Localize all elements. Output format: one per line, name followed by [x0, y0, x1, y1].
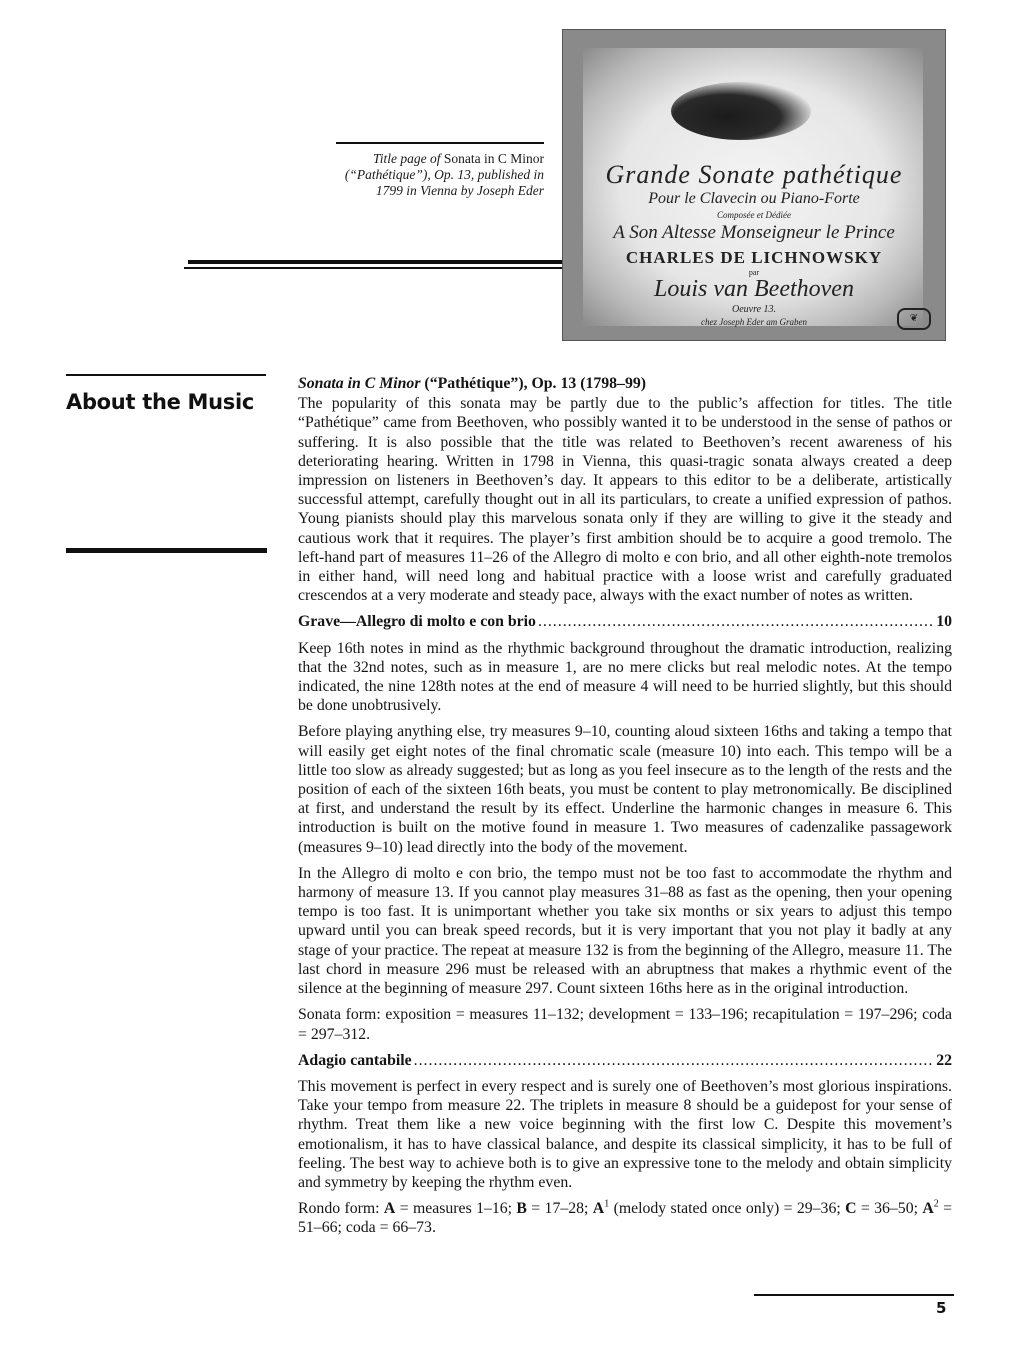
sidebar-rule-top	[66, 374, 266, 376]
section-heading: About the Music	[66, 390, 254, 414]
form-range: = 17–28;	[527, 1200, 593, 1217]
title-page-line: Oeuvre 13.	[563, 304, 945, 315]
form-symbol: A	[922, 1200, 933, 1217]
paragraph: Keep 16th notes in mind as the rhythmic …	[298, 639, 952, 716]
dot-leader	[414, 1051, 935, 1070]
movement-heading-1: Grave—Allegro di molto e con brio 10	[298, 612, 952, 631]
caption-rule	[336, 142, 544, 144]
form-symbol: A	[384, 1200, 395, 1217]
paragraph: This movement is perfect in every respec…	[298, 1077, 952, 1192]
rondo-form-summary: Rondo form: A = measures 1–16; B = 17–28…	[298, 1199, 952, 1237]
cherubs-illustration	[671, 82, 811, 140]
movement-title: Adagio cantabile	[298, 1051, 412, 1070]
intro-paragraph: The popularity of this sonata may be par…	[298, 394, 952, 605]
work-title: Sonata in C Minor (“Pathétique”), Op. 13…	[298, 374, 952, 393]
header-rule	[188, 260, 566, 264]
form-summary: Sonata form: exposition = measures 11–13…	[298, 1005, 952, 1043]
movement-page: 22	[936, 1051, 952, 1070]
sidebar-rule-bottom	[66, 548, 267, 553]
work-title-italic: Sonata in C Minor	[298, 375, 420, 392]
movement-title: Grave—Allegro di molto e con brio	[298, 612, 536, 631]
page-number: 5	[936, 1299, 946, 1317]
caption-title: Sonata in C Minor	[444, 151, 544, 166]
form-range: = 36–50;	[857, 1200, 923, 1217]
paragraph: In the Allegro di molto e con brio, the …	[298, 864, 952, 998]
main-content: Sonata in C Minor (“Pathétique”), Op. 13…	[298, 374, 952, 1245]
title-page-line: Composée et Dédiée	[563, 210, 945, 220]
dot-leader	[538, 612, 934, 631]
title-page-line: chez Joseph Eder am Graben	[563, 317, 945, 327]
caption-rest: (“Pathétique”), Op. 13, published in 179…	[345, 167, 544, 198]
title-page-line: CHARLES DE LICHNOWSKY	[563, 248, 945, 268]
header-rule-thin	[184, 267, 566, 269]
form-symbol: A	[593, 1200, 604, 1217]
form-label: Rondo form:	[298, 1200, 384, 1217]
figure-caption: Title page of Sonata in C Minor (“Pathét…	[336, 151, 544, 199]
title-page-line: Grande Sonate pathétique	[563, 160, 945, 190]
title-page-line: Pour le Clavecin ou Piano-Forte	[563, 190, 945, 208]
title-page-image: Grande Sonate pathétique Pour le Claveci…	[562, 29, 946, 341]
form-range: (melody stated once only) = 29–36;	[609, 1200, 845, 1217]
title-page-line: Louis van Beethoven	[563, 276, 945, 303]
footer-rule	[754, 1294, 954, 1296]
work-title-rest: (“Pathétique”), Op. 13 (1798–99)	[420, 375, 646, 392]
caption-prefix: Title page of	[373, 151, 444, 166]
movement-heading-2: Adagio cantabile 22	[298, 1051, 952, 1070]
title-page-line: A Son Altesse Monseigneur le Prince	[563, 222, 945, 244]
movement-page: 10	[936, 612, 952, 631]
form-symbol: C	[845, 1200, 856, 1217]
form-symbol: B	[516, 1200, 527, 1217]
paragraph: Before playing anything else, try measur…	[298, 722, 952, 856]
publisher-stamp-icon: ❦	[897, 308, 931, 330]
form-range: = measures 1–16;	[395, 1200, 516, 1217]
